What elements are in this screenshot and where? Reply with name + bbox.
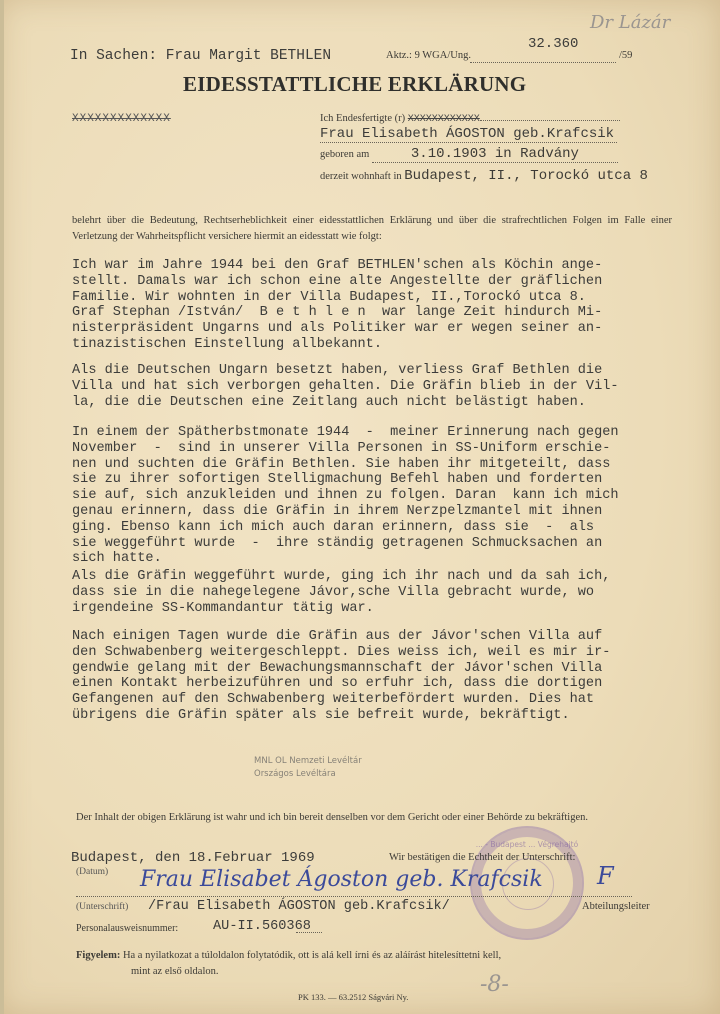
typed-name: /Frau Elisabeth ÁGOSTON geb.Krafcsik/ (148, 899, 450, 914)
date-value: Budapest, den 18.Februar 1969 (71, 850, 315, 866)
archive-stamp-line-1: MNL OL Nemzeti Levéltár (254, 755, 362, 768)
warning-label: Figyelem: (76, 950, 120, 961)
warning-text-1: Ha a nyilatkozat a túloldalon folytatódi… (123, 950, 501, 961)
statement-paragraph-2: Als die Deutschen Ungarn besetzt haben, … (72, 363, 672, 410)
statement-paragraph-3: In einem der Spätherbstmonate 1944 - mei… (72, 425, 672, 567)
handwritten-signature: Frau Elisabet Ágoston geb. Krafcsik (140, 867, 543, 892)
file-reference-suffix: /59 (619, 50, 632, 61)
struck-out-text: XXXXXXXXXXXXX (72, 113, 171, 125)
printer-line: PK 133. — 63.2512 Ságvári Ny. (298, 992, 408, 1002)
page-number: -8- (480, 972, 509, 997)
statement-paragraph-1: Ich war im Jahre 1944 bei den Graf BETHL… (72, 258, 672, 353)
document-page: Dr Lázár In Sachen: Frau Margit BETHLEN … (0, 0, 720, 1014)
dotted-line (480, 120, 620, 121)
document-title: EIDESSTATTLICHE ERKLÄRUNG (183, 72, 526, 97)
declarant-intro-row: Ich Endesfertigte (r) XXXXXXXXXXXX (320, 113, 620, 125)
birth-label: geboren am (320, 149, 369, 160)
file-reference-label: Aktz.: 9 WGA/Ung. (386, 50, 471, 61)
birth-value: 3.10.1903 in Radvány (372, 146, 618, 163)
statement-paragraph-5: Nach einigen Tagen wurde die Gräfin aus … (72, 629, 672, 724)
archive-stamp-line-2: Országos Levéltára (254, 768, 362, 781)
address-label: derzeit wohnhaft in (320, 171, 402, 182)
archive-stamp: MNL OL Nemzeti Levéltár Országos Levéltá… (254, 755, 362, 781)
signature-dotted-line (76, 896, 632, 897)
declarant-intro-struck: XXXXXXXXXXXX (408, 114, 480, 125)
date-label: (Datum) (76, 867, 108, 877)
file-reference-dotted-line (470, 62, 616, 63)
official-initial-signature: F (597, 862, 614, 890)
pencil-annotation: Dr Lázár (590, 12, 670, 33)
declarant-name-field: Frau Elisabeth ÁGOSTON geb.Krafcsik (320, 126, 617, 142)
official-title: Abteilungsleiter (582, 901, 650, 912)
statement-paragraph-4: Als die Gräfin weggeführt wurde, ging ic… (72, 569, 672, 616)
address-row: derzeit wohnhaft in Budapest, II., Toroc… (320, 168, 648, 184)
birth-row: geboren am 3.10.1903 in Radvány (320, 146, 618, 163)
instruction-text: belehrt über die Bedeutung, Rechtserhebl… (72, 213, 672, 245)
file-reference-number: 32.360 (528, 36, 578, 52)
footer-warning: Figyelem: Ha a nyilatkozat a túloldalon … (76, 948, 638, 980)
page-edge (0, 0, 4, 1014)
authentication-text: Wir bestätigen die Echtheit der Untersch… (389, 852, 575, 863)
warning-text-2: mint az első oldalon. (76, 964, 638, 980)
signature-label: (Unterschrift) (76, 902, 128, 912)
declarant-name: Frau Elisabeth ÁGOSTON geb.Krafcsik (320, 126, 617, 143)
id-dotted-line (296, 932, 322, 933)
id-number-label: Personalausweisnummer: (76, 923, 178, 934)
case-line: In Sachen: Frau Margit BETHLEN (70, 48, 331, 64)
declarant-intro-label: Ich Endesfertigte (r) (320, 113, 405, 124)
address-value: Budapest, II., Torockó utca 8 (404, 168, 648, 184)
confirmation-text: Der Inhalt der obigen Erklärung ist wahr… (76, 810, 636, 826)
